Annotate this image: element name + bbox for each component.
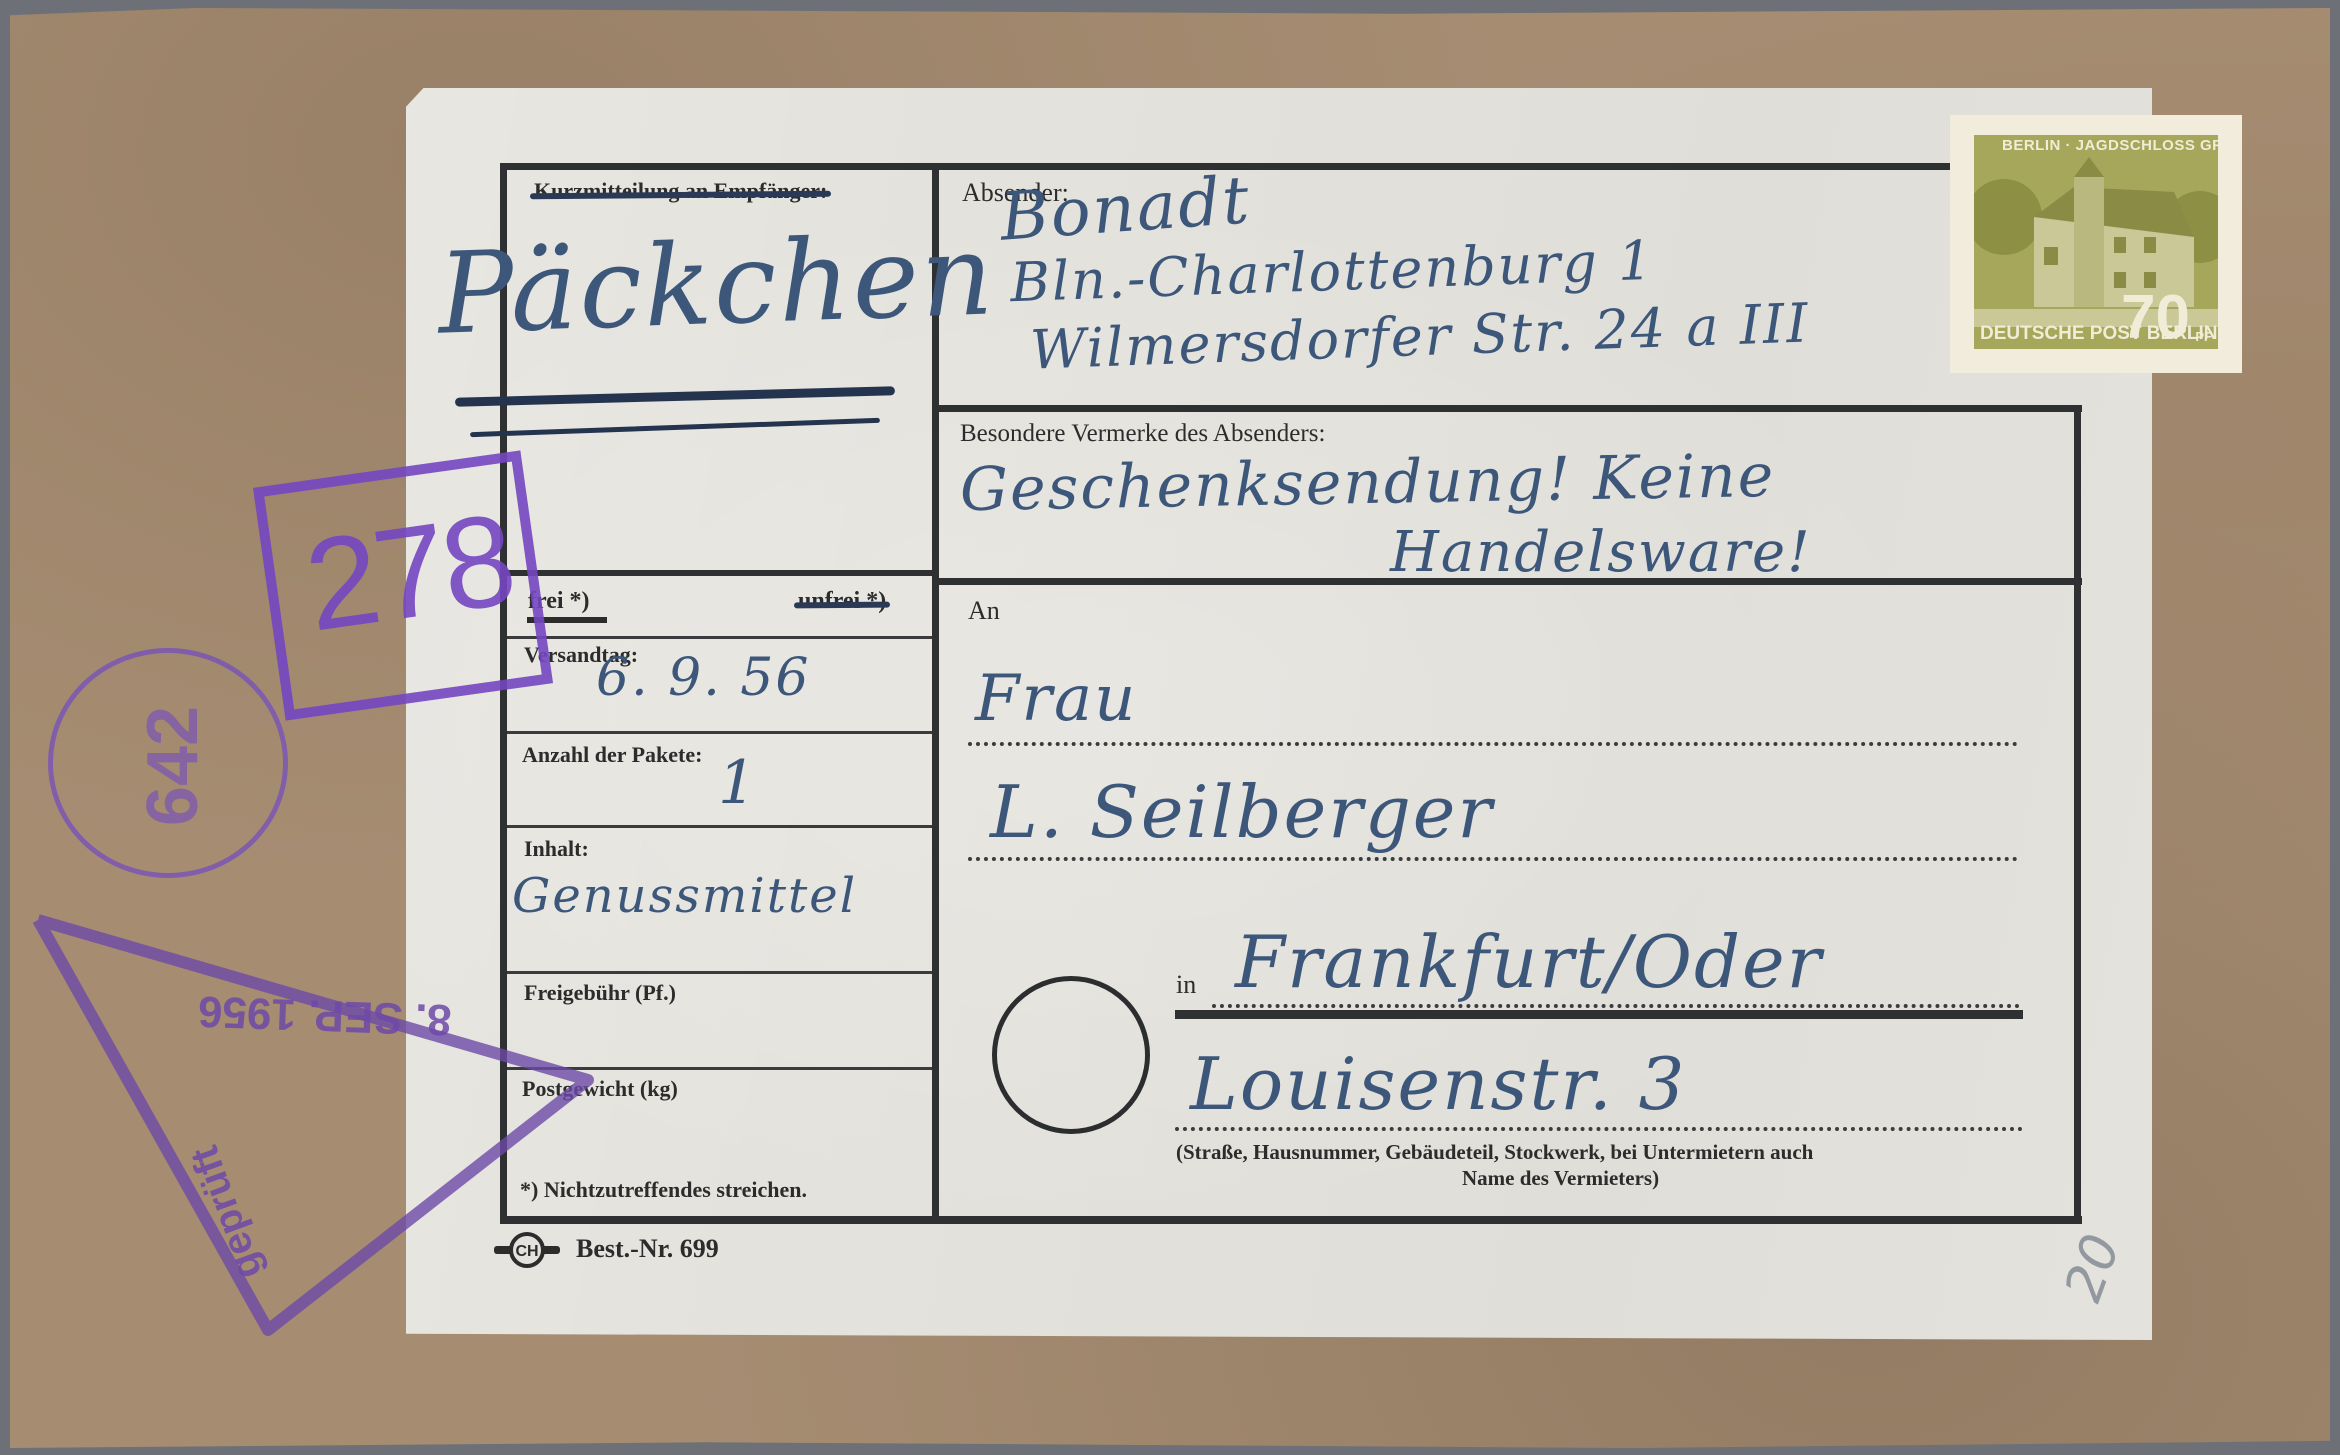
- address-hint-line-2: Name des Vermieters): [1462, 1166, 1659, 1191]
- recipient-name: L. Seilberger: [990, 770, 1494, 854]
- anzahl-pakete-label: Anzahl der Pakete:: [522, 742, 702, 768]
- circle-censor-stamp: 642: [48, 648, 288, 878]
- remarks-line-1: Geschenksendung! Keine: [959, 441, 1775, 525]
- stamp-image-jagdschloss: BERLIN · JAGDSCHLOSS GRUNEWALD DEUTSCHE …: [1974, 135, 2218, 349]
- unfrei-label: unfrei *): [798, 588, 886, 615]
- remarks-line-2: Handelsware!: [1390, 520, 1812, 585]
- stamp-unit: PF: [2195, 329, 2212, 344]
- triangle-outline-icon: [28, 900, 628, 1340]
- in-label: in: [1176, 970, 1196, 1000]
- recipient-title: Frau: [975, 662, 1137, 736]
- stamp-value: 70: [2121, 287, 2190, 349]
- stamp-top-text: BERLIN · JAGDSCHLOSS GRUNEWALD: [2002, 137, 2218, 154]
- versandtag-value: 6. 9. 56: [596, 648, 810, 708]
- box-stamp-number: 278: [298, 493, 519, 650]
- kurzmitteilung-label: Kurzmitteilung an Empfänger:: [534, 178, 827, 204]
- address-hint-line-1: (Straße, Hausnummer, Gebäudeteil, Stockw…: [1176, 1140, 1813, 1165]
- box-control-stamp: 278: [253, 450, 553, 720]
- recipient-city: Frankfurt/Oder: [1235, 920, 1823, 1004]
- anzahl-pakete-value: 1: [718, 748, 758, 818]
- inhalt-label: Inhalt:: [524, 836, 589, 862]
- besondere-vermerke-label: Besondere Vermerke des Absenders:: [960, 420, 1325, 448]
- handwritten-paeckchen: Päckchen: [436, 210, 997, 359]
- postage-stamp: BERLIN · JAGDSCHLOSS GRUNEWALD DEUTSCHE …: [1950, 115, 2242, 373]
- postal-code-circle: [992, 976, 1150, 1134]
- an-label: An: [968, 596, 1000, 626]
- triangle-stamp-date: 8. SEP. 1956: [197, 986, 452, 1045]
- recipient-street: Louisenstr. 3: [1190, 1042, 1686, 1126]
- circle-stamp-number: 642: [132, 706, 214, 826]
- triangle-geprueft-stamp: 8. SEP. 1956 geprüft: [28, 900, 628, 1340]
